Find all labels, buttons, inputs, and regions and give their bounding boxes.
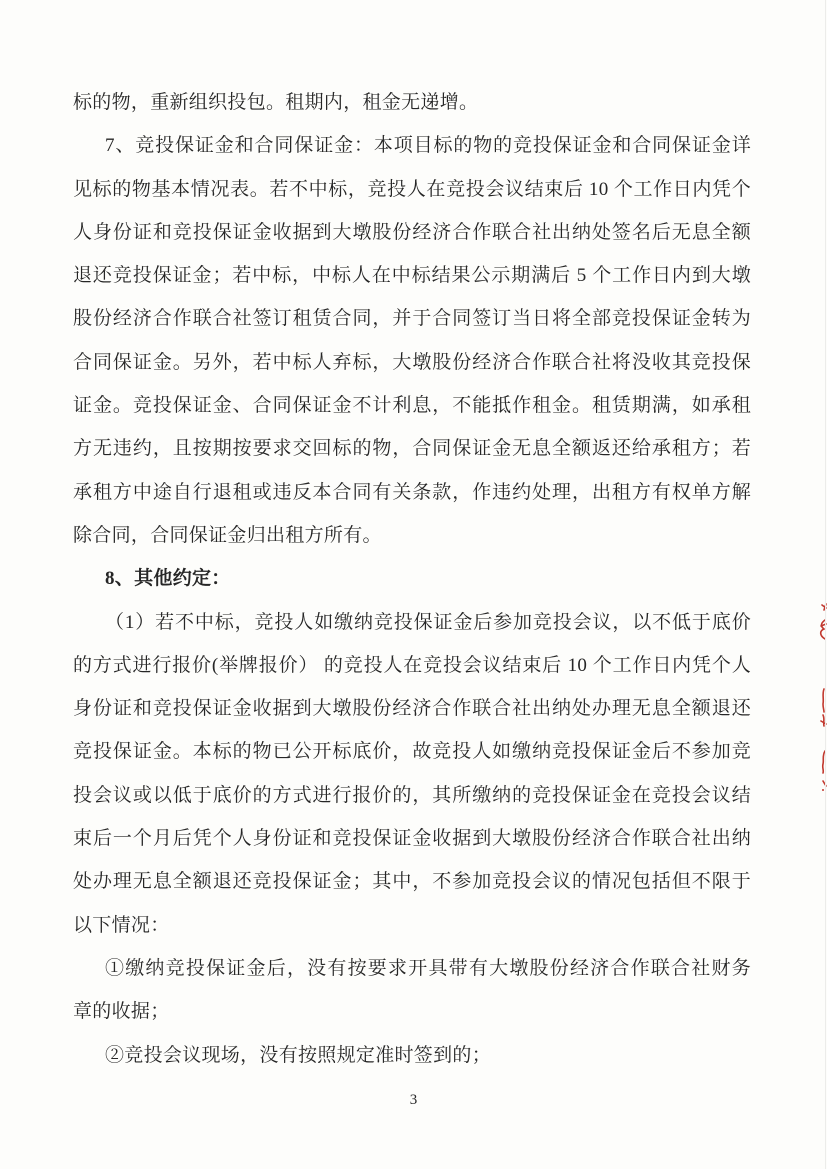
text-line-item-8-sub-1-4: 竞投保证金。本标的物已公开标底价，故竞投人如缴纳竞投保证金后不参加竞 — [73, 730, 751, 773]
text-line-item-7-6: 合同保证金。另外，若中标人弃标，大墩股份经济合作联合社将没收其竞投保 — [73, 341, 751, 384]
text-line-item-8-heading-1: 8、其他约定： — [73, 557, 751, 600]
page-number: 3 — [0, 1092, 827, 1109]
text-line-item-7-7: 证金。竞投保证金、合同保证金不计利息，不能抵作租金。租赁期满，如承租 — [73, 384, 751, 427]
text-line-item-8-sub-1-5: 投会议或以低于底价的方式进行报价的，其所缴纳的竞投保证金在竞投会议结 — [73, 774, 751, 817]
red-edge-handwriting-marks — [813, 600, 827, 800]
document-body: 标的物，重新组织投包。租期内，租金无递增。7、竞投保证金和合同保证金：本项目标的… — [73, 81, 751, 1077]
text-line-item-8-sub-1-3: 身份证和竞投保证金收据到大墩股份经济合作联合社出纳处办理无息全额退还 — [73, 687, 751, 730]
text-line-item-7-4: 退还竞投保证金；若中标，中标人在中标结果公示期满后 5 个工作日内到大墩 — [73, 254, 751, 297]
text-line-circled-note-2-1: ②竞投会议现场，没有按照规定准时签到的； — [73, 1034, 751, 1077]
text-line-item-8-sub-1-1: （1）若不中标，竞投人如缴纳竞投保证金后参加竞投会议，以不低于底价 — [73, 601, 751, 644]
text-line-item-7-5: 股份经济合作联合社签订租赁合同，并于合同签订当日将全部竞投保证金转为 — [73, 297, 751, 340]
text-line-item-7-2: 见标的物基本情况表。若不中标，竞投人在竞投会议结束后 10 个工作日内凭个 — [73, 168, 751, 211]
text-line-item-7-8: 方无违约，且按期按要求交回标的物，合同保证金无息全额返还给承租方；若 — [73, 427, 751, 470]
text-line-item-7-10: 除合同，合同保证金归出租方所有。 — [73, 514, 751, 557]
text-line-continuation-1: 标的物，重新组织投包。租期内，租金无递增。 — [73, 81, 751, 124]
text-line-item-8-sub-1-2: 的方式进行报价(举牌报价） 的竞投人在竞投会议结束后 10 个工作日内凭个人 — [73, 644, 751, 687]
text-line-circled-note-1-2: 章的收据； — [73, 990, 751, 1033]
text-line-item-8-sub-1-8: 以下情况： — [73, 904, 751, 947]
text-line-circled-note-1-1: ①缴纳竞投保证金后，没有按要求开具带有大墩股份经济合作联合社财务 — [73, 947, 751, 990]
text-line-item-8-sub-1-7: 处办理无息全额退还竞投保证金；其中，不参加竞投会议的情况包括但不限于 — [73, 860, 751, 903]
text-line-item-7-1: 7、竞投保证金和合同保证金：本项目标的物的竞投保证金和合同保证金详 — [73, 124, 751, 167]
text-line-item-7-3: 人身份证和竞投保证金收据到大墩股份经济合作联合社出纳处签名后无息全额 — [73, 211, 751, 254]
text-line-item-7-9: 承租方中途自行退租或违反本合同有关条款，作违约处理，出租方有权单方解 — [73, 471, 751, 514]
text-line-item-8-sub-1-6: 束后一个月后凭个人身份证和竞投保证金收据到大墩股份经济合作联合社出纳 — [73, 817, 751, 860]
document-page: 标的物，重新组织投包。租期内，租金无递增。7、竞投保证金和合同保证金：本项目标的… — [0, 0, 827, 1169]
